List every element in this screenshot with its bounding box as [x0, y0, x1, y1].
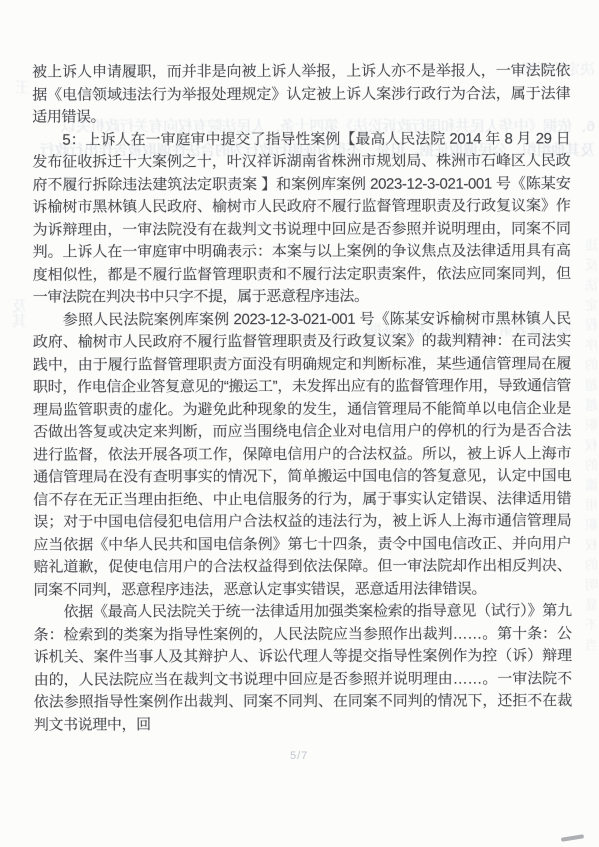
scanned-document-page: 决定的证据。 6、依据《中华人民共和国行政诉讼法》第四十条，人民法院有权向有关行… — [0, 0, 599, 847]
paragraph-4: 依据《最高人民法院关于统一法律适用加强类案检索的指导意见（试行）》第九条：检索到… — [34, 600, 572, 736]
bleed-through-text: 及其 — [10, 298, 26, 358]
paragraph-2: 5：上诉人在一审庭审中提交了指导性案例【最高人民法院 2014 年 8 月 29… — [32, 128, 570, 309]
document-body: 被上诉人申请履职，而并非是向被上诉人举报，上诉人亦不是举报人，一审法院依据《电信… — [32, 60, 572, 736]
page-number: 5/7 — [290, 750, 308, 762]
paragraph-3: 参照人民法院案例库案例 2023-12-3-021-001 号《陈某安诉榆树市黑… — [33, 308, 572, 602]
scan-artifact — [561, 834, 584, 842]
paragraph-1: 被上诉人申请履职，而并非是向被上诉人举报，上诉人亦不是举报人，一审法院依据《电信… — [32, 60, 570, 129]
bleed-through-text: 王 — [12, 76, 30, 97]
bleed-through-text: 违反法定程序的超越职权的滥用职权的明显不当 — [583, 238, 598, 728]
